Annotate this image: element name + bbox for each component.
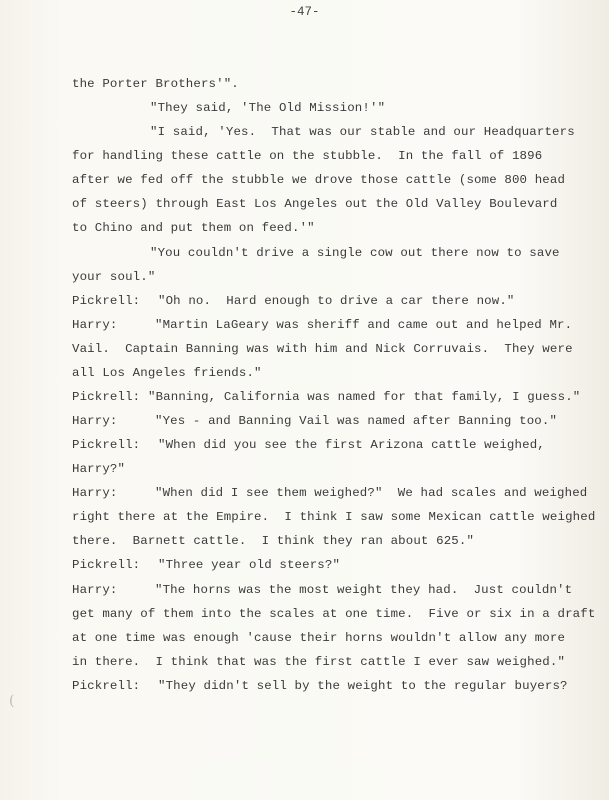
text-line: "Banning, California was named for that …	[148, 389, 580, 405]
text-line: for handling these cattle on the stubble…	[72, 148, 542, 164]
text-line: of steers) through East Los Angeles out …	[72, 196, 557, 212]
speaker-label: Pickrell:	[72, 293, 140, 309]
speaker-label: Harry:	[72, 582, 118, 598]
text-line: right there at the Empire. I think I saw…	[72, 509, 595, 525]
speaker-label: Pickrell:	[72, 389, 140, 405]
text-line: to Chino and put them on feed.'"	[72, 220, 315, 236]
text-line: get many of them into the scales at one …	[72, 606, 595, 622]
text-line: "The horns was the most weight they had.…	[155, 582, 572, 598]
text-line: "Three year old steers?"	[158, 557, 340, 573]
text-line: "They said, 'The Old Mission!'"	[150, 100, 385, 116]
margin-mark: (	[9, 693, 14, 709]
speaker-label: Harry:	[72, 413, 118, 429]
text-line: "You couldn't drive a single cow out the…	[150, 245, 560, 261]
text-line: "When did I see them weighed?" We had sc…	[155, 485, 587, 501]
page-number: -47-	[0, 5, 609, 19]
speaker-label: Pickrell:	[72, 678, 140, 694]
text-line: "Oh no. Hard enough to drive a car there…	[158, 293, 515, 309]
text-line: "When did you see the first Arizona catt…	[158, 437, 545, 453]
text-line: in there. I think that was the first cat…	[72, 654, 565, 670]
text-line: your soul."	[72, 269, 155, 285]
text-line: "They didn't sell by the weight to the r…	[158, 678, 568, 694]
speaker-label: Pickrell:	[72, 437, 140, 453]
speaker-label: Harry:	[72, 485, 118, 501]
text-line: Vail. Captain Banning was with him and N…	[72, 341, 573, 357]
text-line: the Porter Brothers'".	[72, 76, 239, 92]
speaker-label: Harry:	[72, 317, 118, 333]
text-line: "Martin LaGeary was sheriff and came out…	[155, 317, 572, 333]
text-line: Harry?"	[72, 461, 125, 477]
text-line: there. Barnett cattle. I think they ran …	[72, 533, 474, 549]
document-page: -47- the Porter Brothers'". "They said, …	[0, 0, 609, 800]
text-line: all Los Angeles friends."	[72, 365, 262, 381]
text-line: after we fed off the stubble we drove th…	[72, 172, 565, 188]
text-line: at one time was enough 'cause their horn…	[72, 630, 565, 646]
speaker-label: Pickrell:	[72, 557, 140, 573]
text-line: "Yes - and Banning Vail was named after …	[155, 413, 557, 429]
text-line: "I said, 'Yes. That was our stable and o…	[150, 124, 575, 140]
